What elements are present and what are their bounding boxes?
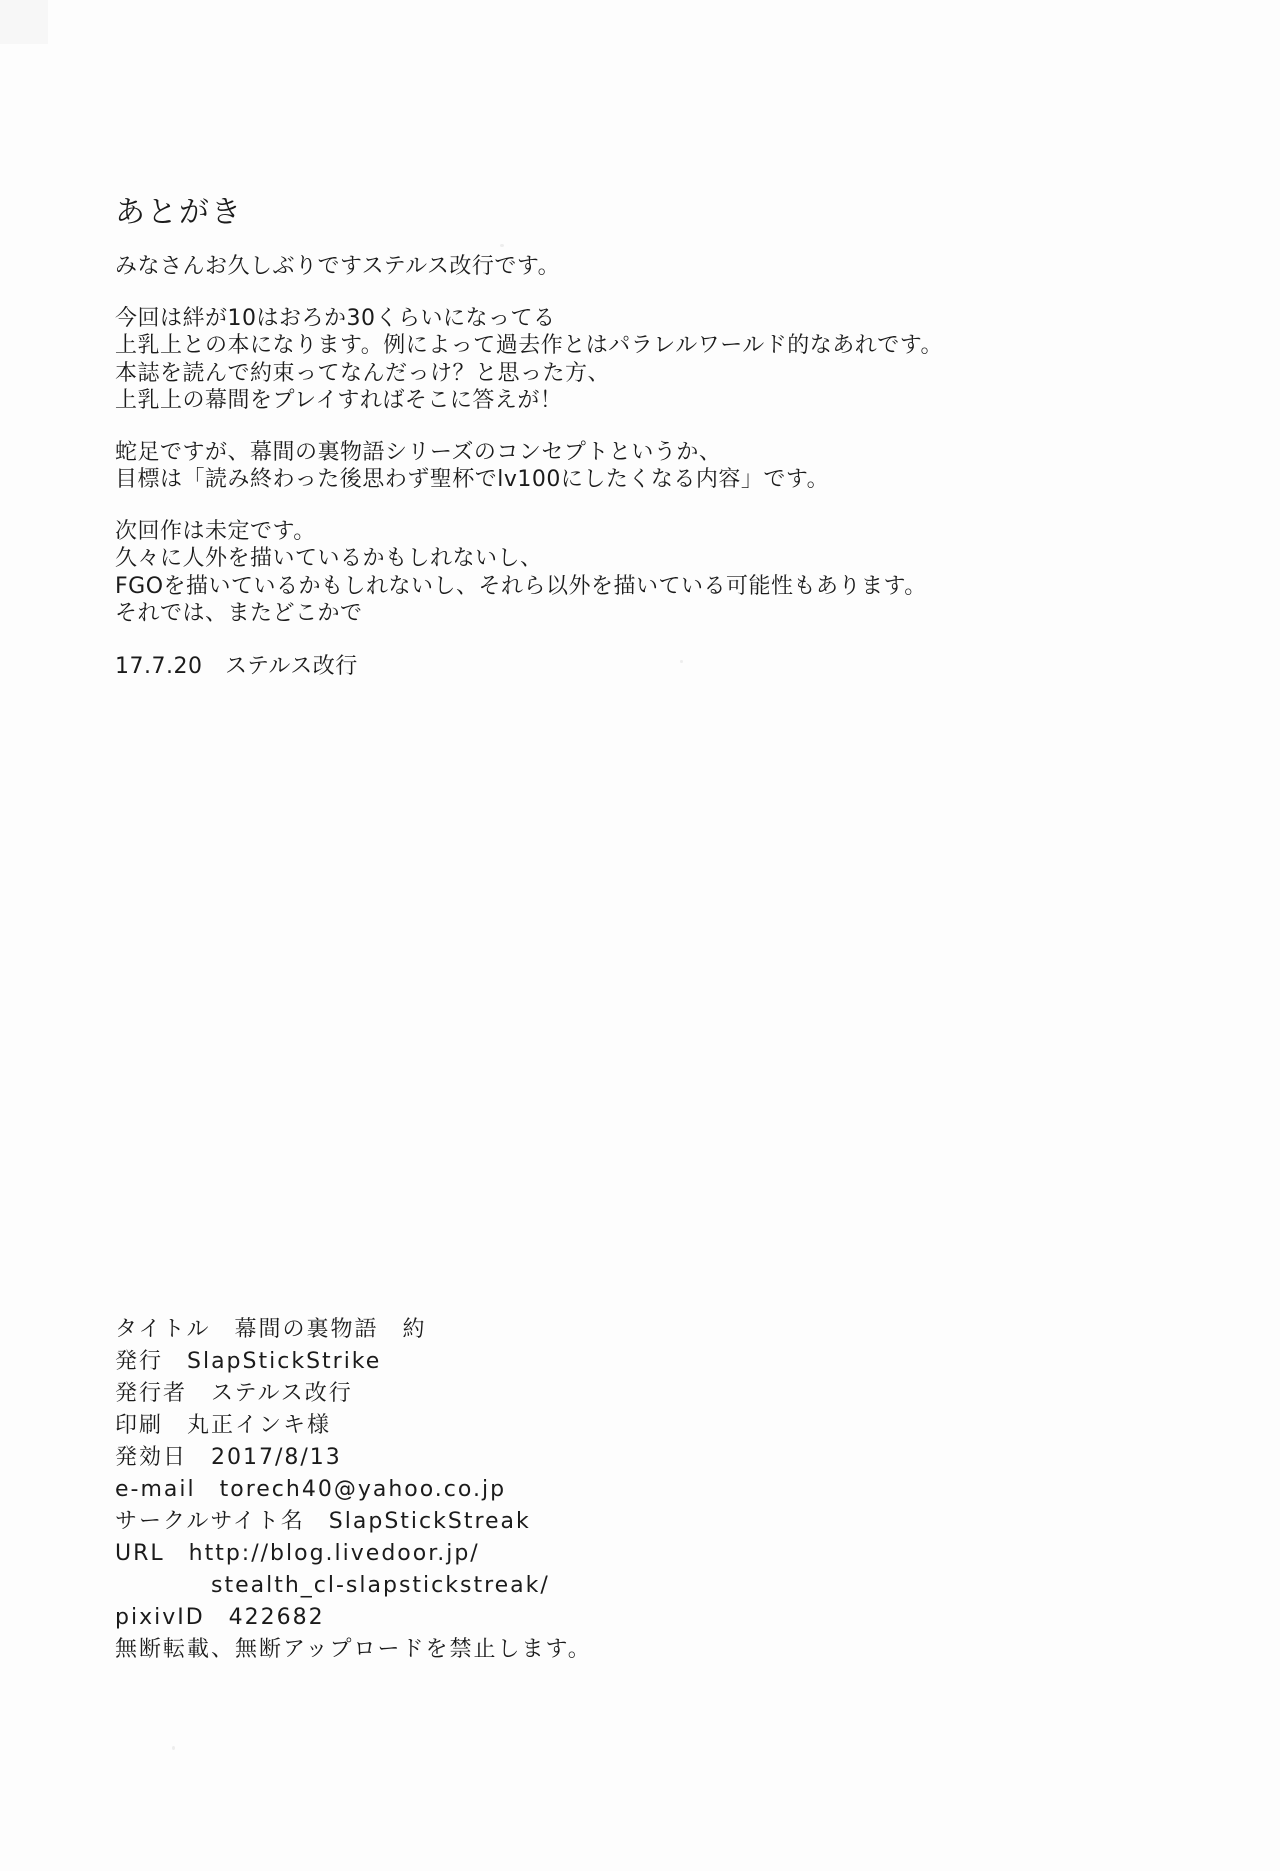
colophon-pixiv-id-line: pixivID 422682	[115, 1602, 1230, 1634]
signoff: 17.7.20 ステルス改行	[115, 653, 1230, 681]
afterword-line: 蛇足ですが、幕間の裏物語シリーズのコンセプトというか、	[115, 439, 1230, 467]
afterword-paragraph-concept: 蛇足ですが、幕間の裏物語シリーズのコンセプトというか、 目標は「読み終わった後思…	[115, 439, 1230, 494]
colophon-publisher-line: 発行 SlapStickStrike	[115, 1346, 1230, 1378]
afterword-line: 本誌を読んで約束ってなんだっけ？と思った方、	[115, 360, 1230, 388]
colophon-email-line: e-mail torech40@yahoo.co.jp	[115, 1474, 1230, 1506]
afterword-line: それでは、またどこかで	[115, 600, 1230, 628]
colophon-title-line: タイトル 幕間の裏物語 約	[115, 1314, 1230, 1346]
afterword-line: 目標は「読み終わった後思わず聖杯でlv100にしたくなる内容」です。	[115, 466, 1230, 494]
afterword-line: 上乳上との本になります。例によって過去作とはパラレルワールド的なあれです。	[115, 332, 1230, 360]
signoff-date-author: 17.7.20 ステルス改行	[115, 653, 1230, 681]
afterword-section: あとがき みなさんお久しぶりですステルス改行です。 今回は絆が10はおろか30く…	[115, 192, 1230, 680]
colophon-section: タイトル 幕間の裏物語 約 発行 SlapStickStrike 発行者 ステル…	[115, 1314, 1230, 1666]
colophon-author-line: 発行者 ステルス改行	[115, 1378, 1230, 1410]
afterword-paragraph-about-book: 今回は絆が10はおろか30くらいになってる 上乳上との本になります。例によって過…	[115, 305, 1230, 415]
colophon-url-continuation-line: stealth_cl-slapstickstreak/	[115, 1570, 1230, 1602]
afterword-paragraph-intro: みなさんお久しぶりですステルス改行です。	[115, 253, 1230, 281]
afterword-line: 上乳上の幕間をプレイすればそこに答えが！	[115, 387, 1230, 415]
scan-corner-smudge	[0, 0, 48, 44]
afterword-line: FGOを描いているかもしれないし、それら以外を描いている可能性もあります。	[115, 573, 1230, 601]
afterword-paragraph-next-work: 次回作は未定です。 久々に人外を描いているかもしれないし、 FGOを描いているか…	[115, 518, 1230, 628]
colophon-notice-line: 無断転載、無断アップロードを禁止します。	[115, 1634, 1230, 1666]
colophon-date-line: 発効日 2017/8/13	[115, 1442, 1230, 1474]
colophon-printer-line: 印刷 丸正インキ様	[115, 1410, 1230, 1442]
scanned-afterword-page: あとがき みなさんお久しぶりですステルス改行です。 今回は絆が10はおろか30く…	[0, 0, 1280, 1871]
afterword-line: 今回は絆が10はおろか30くらいになってる	[115, 305, 1230, 333]
afterword-line: 久々に人外を描いているかもしれないし、	[115, 545, 1230, 573]
scan-speck	[172, 1746, 175, 1750]
afterword-line: 次回作は未定です。	[115, 518, 1230, 546]
afterword-line: みなさんお久しぶりですステルス改行です。	[115, 253, 1230, 281]
colophon-circle-site-line: サークルサイト名 SlapStickStreak	[115, 1506, 1230, 1538]
afterword-heading: あとがき	[115, 192, 1230, 234]
colophon-url-line: URL http://blog.livedoor.jp/	[115, 1538, 1230, 1570]
